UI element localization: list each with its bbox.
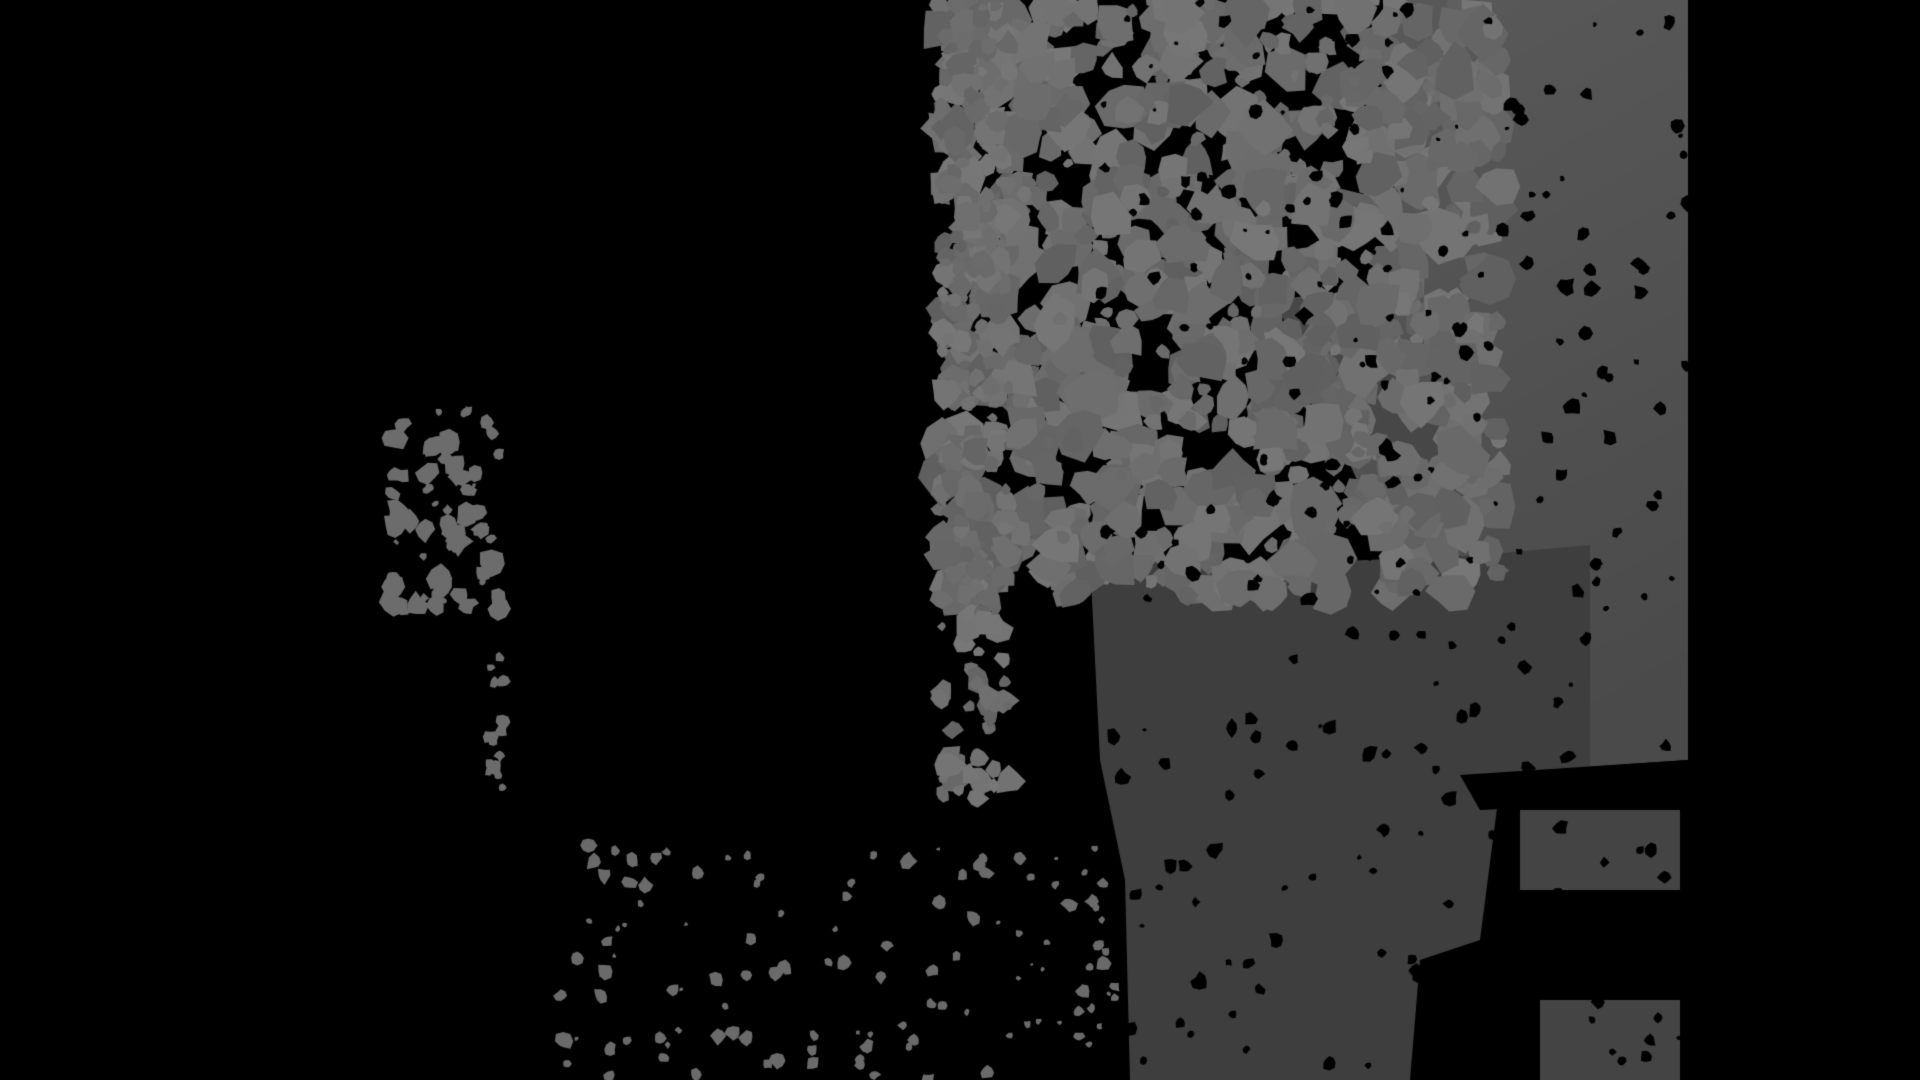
depth-image xyxy=(0,0,1920,1080)
